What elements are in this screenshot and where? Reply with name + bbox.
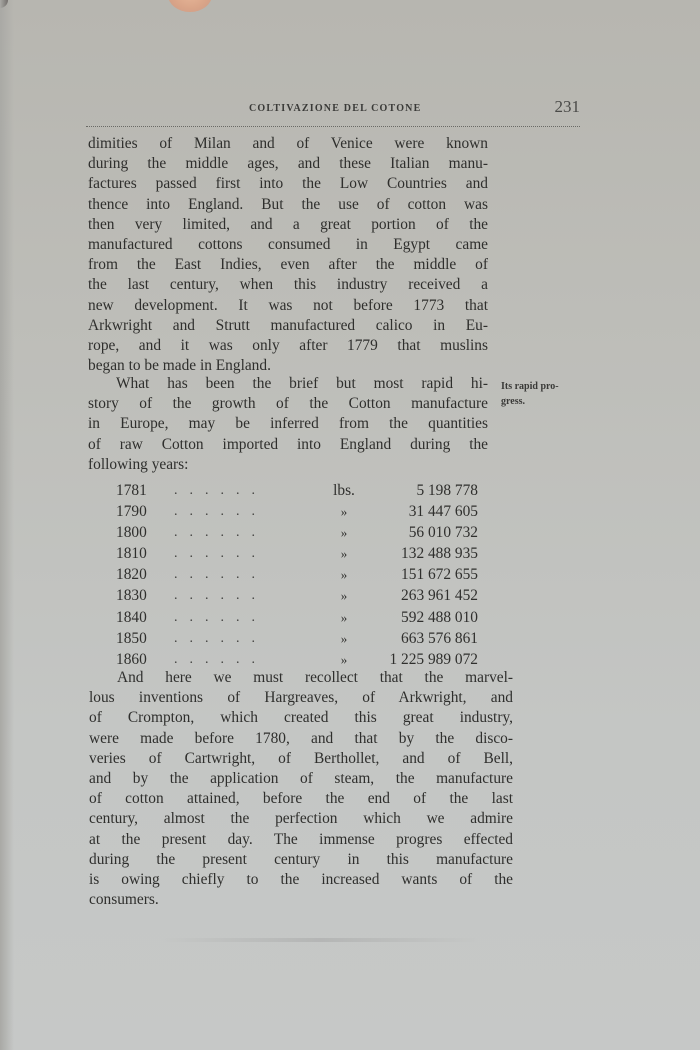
year-cell: 1790 xyxy=(116,501,174,522)
ditto-mark: » xyxy=(324,564,364,585)
year-cell: 1810 xyxy=(116,543,174,564)
text-line: new development. It was not before 1773 … xyxy=(88,296,488,316)
paragraph-2: What has been the brief but most rapid h… xyxy=(88,374,488,475)
text-line: during the present century in this manuf… xyxy=(89,850,513,870)
text-line: dimities of Milan and of Venice were kno… xyxy=(88,134,488,154)
text-line: during the middle ages, and these Italia… xyxy=(88,154,488,174)
text-line: Arkwright and Strutt manufactured calico… xyxy=(88,316,488,336)
table-row: 1860 ...... » 1 225 989 072 xyxy=(116,649,478,670)
text-line: of cotton attained, before the end of th… xyxy=(89,789,513,809)
table-row: 1800 ...... » 56 010 732 xyxy=(116,522,478,543)
text-line: consumers. xyxy=(89,890,513,910)
leader-dots: ...... xyxy=(174,607,324,628)
year-cell: 1800 xyxy=(116,522,174,543)
quantity-cell: 592 488 010 xyxy=(364,607,478,628)
page-edge-shadow xyxy=(0,0,14,1050)
text-line: veries of Cartwright, of Berthollet, and… xyxy=(89,749,513,769)
print-smudge xyxy=(160,938,480,942)
leader-dots: ...... xyxy=(174,628,324,649)
leader-dots: ...... xyxy=(174,543,324,564)
text-line: story of the growth of the Cotton manufa… xyxy=(88,394,488,414)
table-row: 1840 ...... » 592 488 010 xyxy=(116,607,478,628)
year-cell: 1860 xyxy=(116,649,174,670)
ditto-mark: » xyxy=(324,543,364,564)
ditto-mark: » xyxy=(324,522,364,543)
quantity-cell: 5 198 778 xyxy=(364,480,478,501)
page-number: 231 xyxy=(555,97,581,117)
leader-dots: ...... xyxy=(174,522,324,543)
text-line: then very limited, and a great portion o… xyxy=(88,215,488,235)
fingertip xyxy=(168,0,212,12)
cotton-imports-table: 1781 ...... lbs. 5 198 778 1790 ...... »… xyxy=(116,480,478,670)
text-line: lous inventions of Hargreaves, of Arkwri… xyxy=(89,688,513,708)
year-cell: 1781 xyxy=(116,480,174,501)
running-head: COLTIVAZIONE DEL COTONE 231 xyxy=(86,100,580,127)
quantity-cell: 132 488 935 xyxy=(364,543,478,564)
text-line: century, almost the perfection which we … xyxy=(89,809,513,829)
book-page: COLTIVAZIONE DEL COTONE 231 dimities of … xyxy=(0,0,700,1050)
ditto-mark: » xyxy=(324,585,364,606)
paragraph-1: dimities of Milan and of Venice were kno… xyxy=(88,134,488,376)
text-line: were made before 1780, and that by the d… xyxy=(89,729,513,749)
table-row: 1850 ...... » 663 576 861 xyxy=(116,628,478,649)
text-line: and by the application of steam, the man… xyxy=(89,769,513,789)
quantity-cell: 151 672 655 xyxy=(364,564,478,585)
text-line: of Crompton, which created this great in… xyxy=(89,708,513,728)
text-line: at the present day. The immense progres … xyxy=(89,830,513,850)
text-line: And here we must recollect that the marv… xyxy=(89,668,513,688)
ditto-mark: » xyxy=(324,649,364,670)
ditto-mark: » xyxy=(324,501,364,522)
text-line: What has been the brief but most rapid h… xyxy=(88,374,488,394)
unit-cell: lbs. xyxy=(324,480,364,501)
ditto-mark: » xyxy=(324,607,364,628)
margin-note-line: gress. xyxy=(501,394,601,409)
table-row: 1781 ...... lbs. 5 198 778 xyxy=(116,480,478,501)
year-cell: 1820 xyxy=(116,564,174,585)
text-line: from the East Indies, even after the mid… xyxy=(88,255,488,275)
quantity-cell: 263 961 452 xyxy=(364,585,478,606)
quantity-cell: 31 447 605 xyxy=(364,501,478,522)
table-row: 1790 ...... » 31 447 605 xyxy=(116,501,478,522)
year-cell: 1840 xyxy=(116,607,174,628)
text-line: factures passed first into the Low Count… xyxy=(88,174,488,194)
leader-dots: ...... xyxy=(174,649,324,670)
text-line: is owing chiefly to the increased wants … xyxy=(89,870,513,890)
leader-dots: ...... xyxy=(174,501,324,522)
year-cell: 1830 xyxy=(116,585,174,606)
quantity-cell: 663 576 861 xyxy=(364,628,478,649)
text-line: the last century, when this industry rec… xyxy=(88,275,488,295)
paragraph-3: And here we must recollect that the marv… xyxy=(89,668,513,910)
text-line: following years: xyxy=(88,455,488,475)
table-row: 1810 ...... » 132 488 935 xyxy=(116,543,478,564)
year-cell: 1850 xyxy=(116,628,174,649)
ditto-mark: » xyxy=(324,628,364,649)
quantity-cell: 1 225 989 072 xyxy=(364,649,478,670)
leader-dots: ...... xyxy=(174,585,324,606)
table-row: 1830 ...... » 263 961 452 xyxy=(116,585,478,606)
leader-dots: ...... xyxy=(174,564,324,585)
text-line: thence into England. But the use of cott… xyxy=(88,195,488,215)
text-line: of raw Cotton imported into England duri… xyxy=(88,435,488,455)
running-title: COLTIVAZIONE DEL COTONE xyxy=(249,103,421,114)
table-row: 1820 ...... » 151 672 655 xyxy=(116,564,478,585)
leader-dots: ...... xyxy=(174,480,324,501)
text-line: rope, and it was only after 1779 that mu… xyxy=(88,336,488,356)
margin-note: Its rapid pro- gress. xyxy=(501,379,601,409)
margin-note-line: Its rapid pro- xyxy=(501,379,601,394)
text-line: manufactured cottons consumed in Egypt c… xyxy=(88,235,488,255)
text-line: in Europe, may be inferred from the quan… xyxy=(88,414,488,434)
quantity-cell: 56 010 732 xyxy=(364,522,478,543)
